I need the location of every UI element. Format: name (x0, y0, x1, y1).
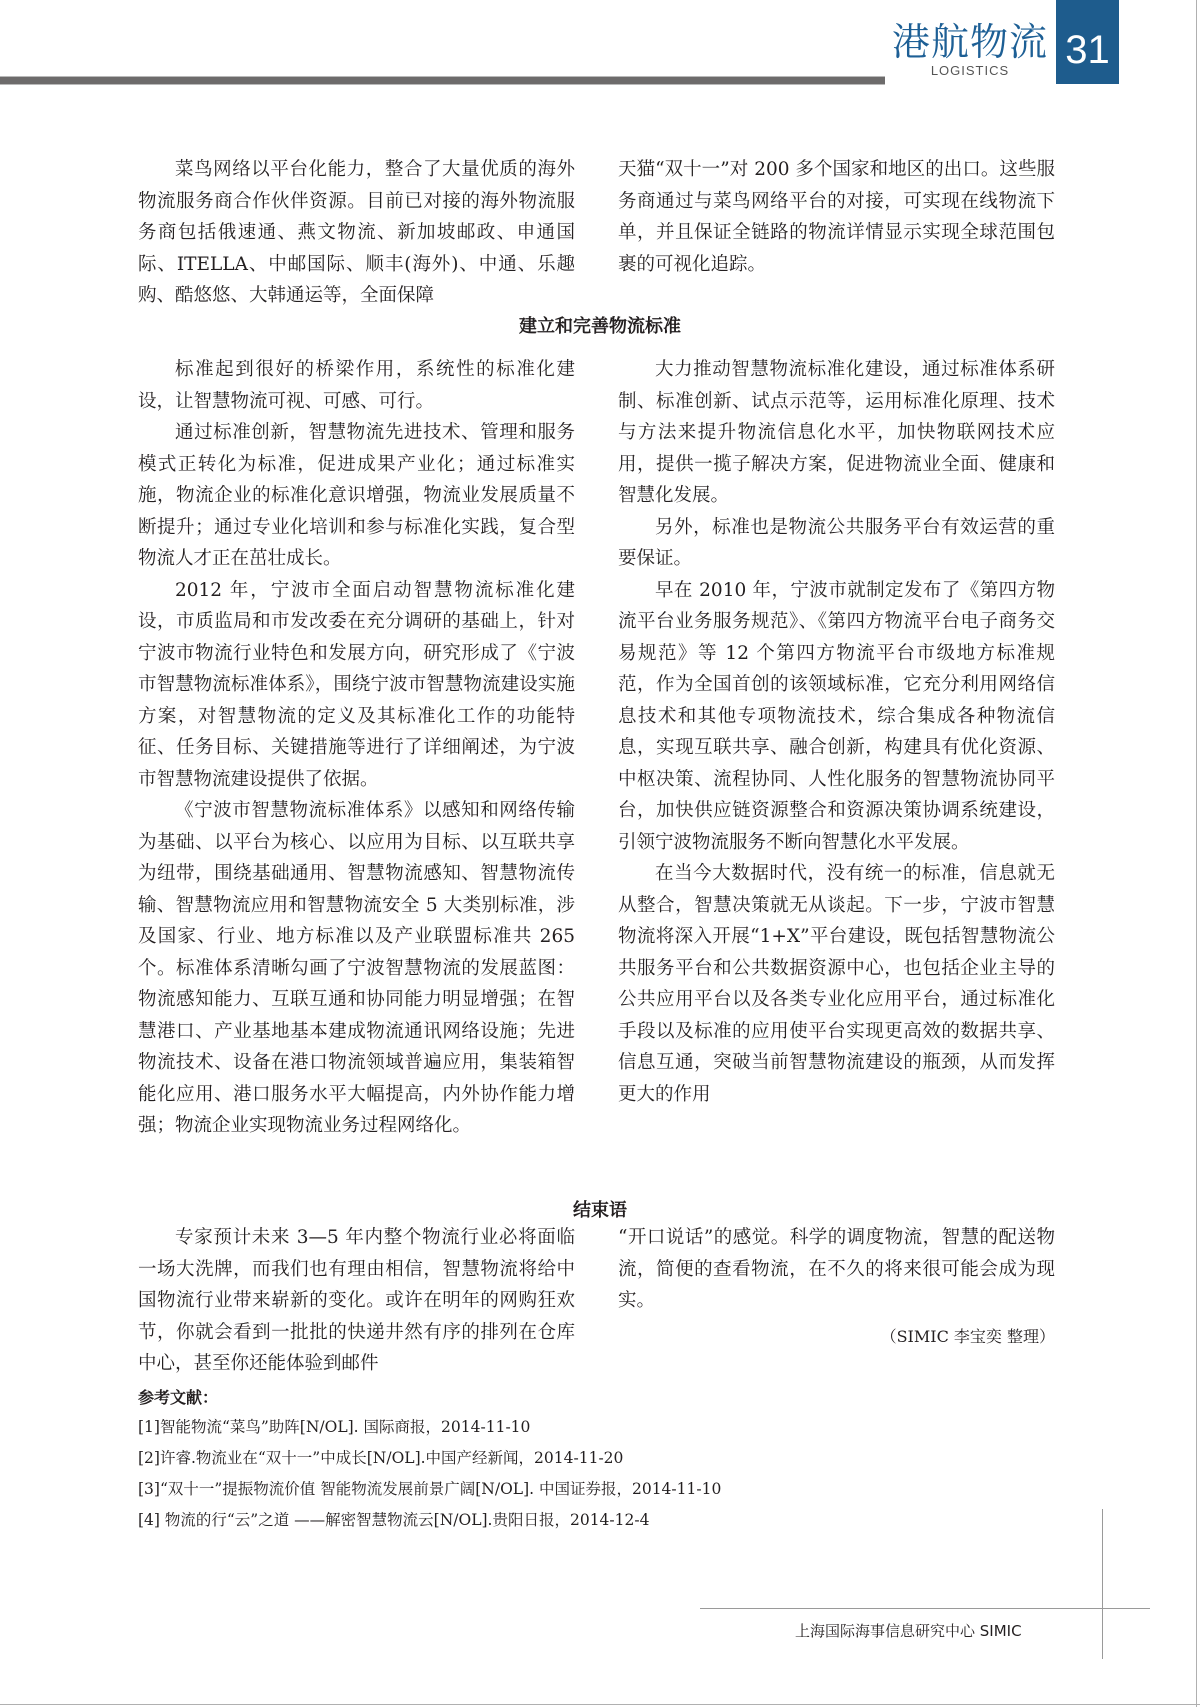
reference-item: [2]许睿.物流业在“双十一”中成长[N/OL].中国产经新闻，2014-11-… (138, 1443, 938, 1474)
section1-right-column: 大力推动智慧物流标准化建设，通过标准体系研制、标准创新、试点示范等，运用标准化原… (618, 354, 1055, 1110)
section2-right-column: “开口说话”的感觉。科学的调度物流，智慧的配送物流，简便的查看物流，在不久的将来… (618, 1222, 1055, 1352)
footer-publisher: 上海国际海事信息研究中心 SIMIC (795, 1620, 1022, 1641)
section1-left-column: 标准起到很好的桥梁作用，系统性的标准化建设，让智慧物流可视、可感、可行。 通过标… (138, 354, 575, 1142)
intro-right-column: 天猫“双十一”对 200 多个国家和地区的出口。这些服务商通过与菜鸟网络平台的对… (618, 154, 1055, 280)
footer-crop-mark (1102, 1509, 1103, 1659)
masthead: 港航物流 LOGISTICS (890, 20, 1050, 78)
header-rule (0, 76, 885, 85)
paragraph: 专家预计未来 3—5 年内整个物流行业必将面临一场大洗牌，而我们也有理由相信，智… (138, 1222, 575, 1380)
paragraph: 通过标准创新，智慧物流先进技术、管理和服务模式正转化为标准，促进成果产业化；通过… (138, 417, 575, 575)
paragraph: 《宁波市智慧物流标准体系》以感知和网络传输为基础、以平台为核心、以应用为目标、以… (138, 795, 575, 1142)
reference-item: [1]智能物流“菜鸟”助阵[N/OL]. 国际商报，2014-11-10 (138, 1412, 938, 1443)
page-border-right (1196, 0, 1197, 1707)
section-heading-standards: 建立和完善物流标准 (0, 312, 1200, 338)
page-border-bottom (0, 1704, 1200, 1705)
magazine-title: 港航物流 (890, 20, 1050, 64)
intro-paragraph-right: 天猫“双十一”对 200 多个国家和地区的出口。这些服务商通过与菜鸟网络平台的对… (618, 154, 1055, 280)
paragraph: 大力推动智慧物流标准化建设，通过标准体系研制、标准创新、试点示范等，运用标准化原… (618, 354, 1055, 512)
footer-rule (700, 1608, 1150, 1609)
paragraph: 2012 年，宁波市全面启动智慧物流标准化建设，市质监局和市发改委在充分调研的基… (138, 575, 575, 796)
paragraph: 在当今大数据时代，没有统一的标准，信息就无从整合，智慧决策就无从谈起。下一步，宁… (618, 858, 1055, 1110)
paragraph: 标准起到很好的桥梁作用，系统性的标准化建设，让智慧物流可视、可感、可行。 (138, 354, 575, 417)
section-heading-conclusion: 结束语 (0, 1196, 1200, 1222)
paragraph: 另外，标准也是物流公共服务平台有效运营的重要保证。 (618, 512, 1055, 575)
page-number: 31 (1056, 0, 1119, 84)
intro-left-column: 菜鸟网络以平台化能力，整合了大量优质的海外物流服务商合作伙伴资源。目前已对接的海… (138, 154, 575, 312)
section2-left-column: 专家预计未来 3—5 年内整个物流行业必将面临一场大洗牌，而我们也有理由相信，智… (138, 1222, 575, 1380)
references: 参考文献： [1]智能物流“菜鸟”助阵[N/OL]. 国际商报，2014-11-… (138, 1384, 938, 1536)
reference-item: [4] 物流的行“云”之道 ——解密智慧物流云[N/OL].贵阳日报，2014-… (138, 1505, 938, 1536)
references-title: 参考文献： (138, 1384, 938, 1412)
author-credit: （SIMIC 李宝奕 整理） (618, 1321, 1055, 1353)
paragraph: “开口说话”的感觉。科学的调度物流，智慧的配送物流，简便的查看物流，在不久的将来… (618, 1222, 1055, 1317)
reference-item: [3]“双十一”提振物流价值 智能物流发展前景广阔[N/OL]. 中国证券报，2… (138, 1474, 938, 1505)
paragraph: 早在 2010 年，宁波市就制定发布了《第四方物流平台业务服务规范》、《第四方物… (618, 575, 1055, 859)
intro-paragraph-left: 菜鸟网络以平台化能力，整合了大量优质的海外物流服务商合作伙伴资源。目前已对接的海… (138, 154, 575, 312)
magazine-subtitle: LOGISTICS (890, 64, 1050, 78)
